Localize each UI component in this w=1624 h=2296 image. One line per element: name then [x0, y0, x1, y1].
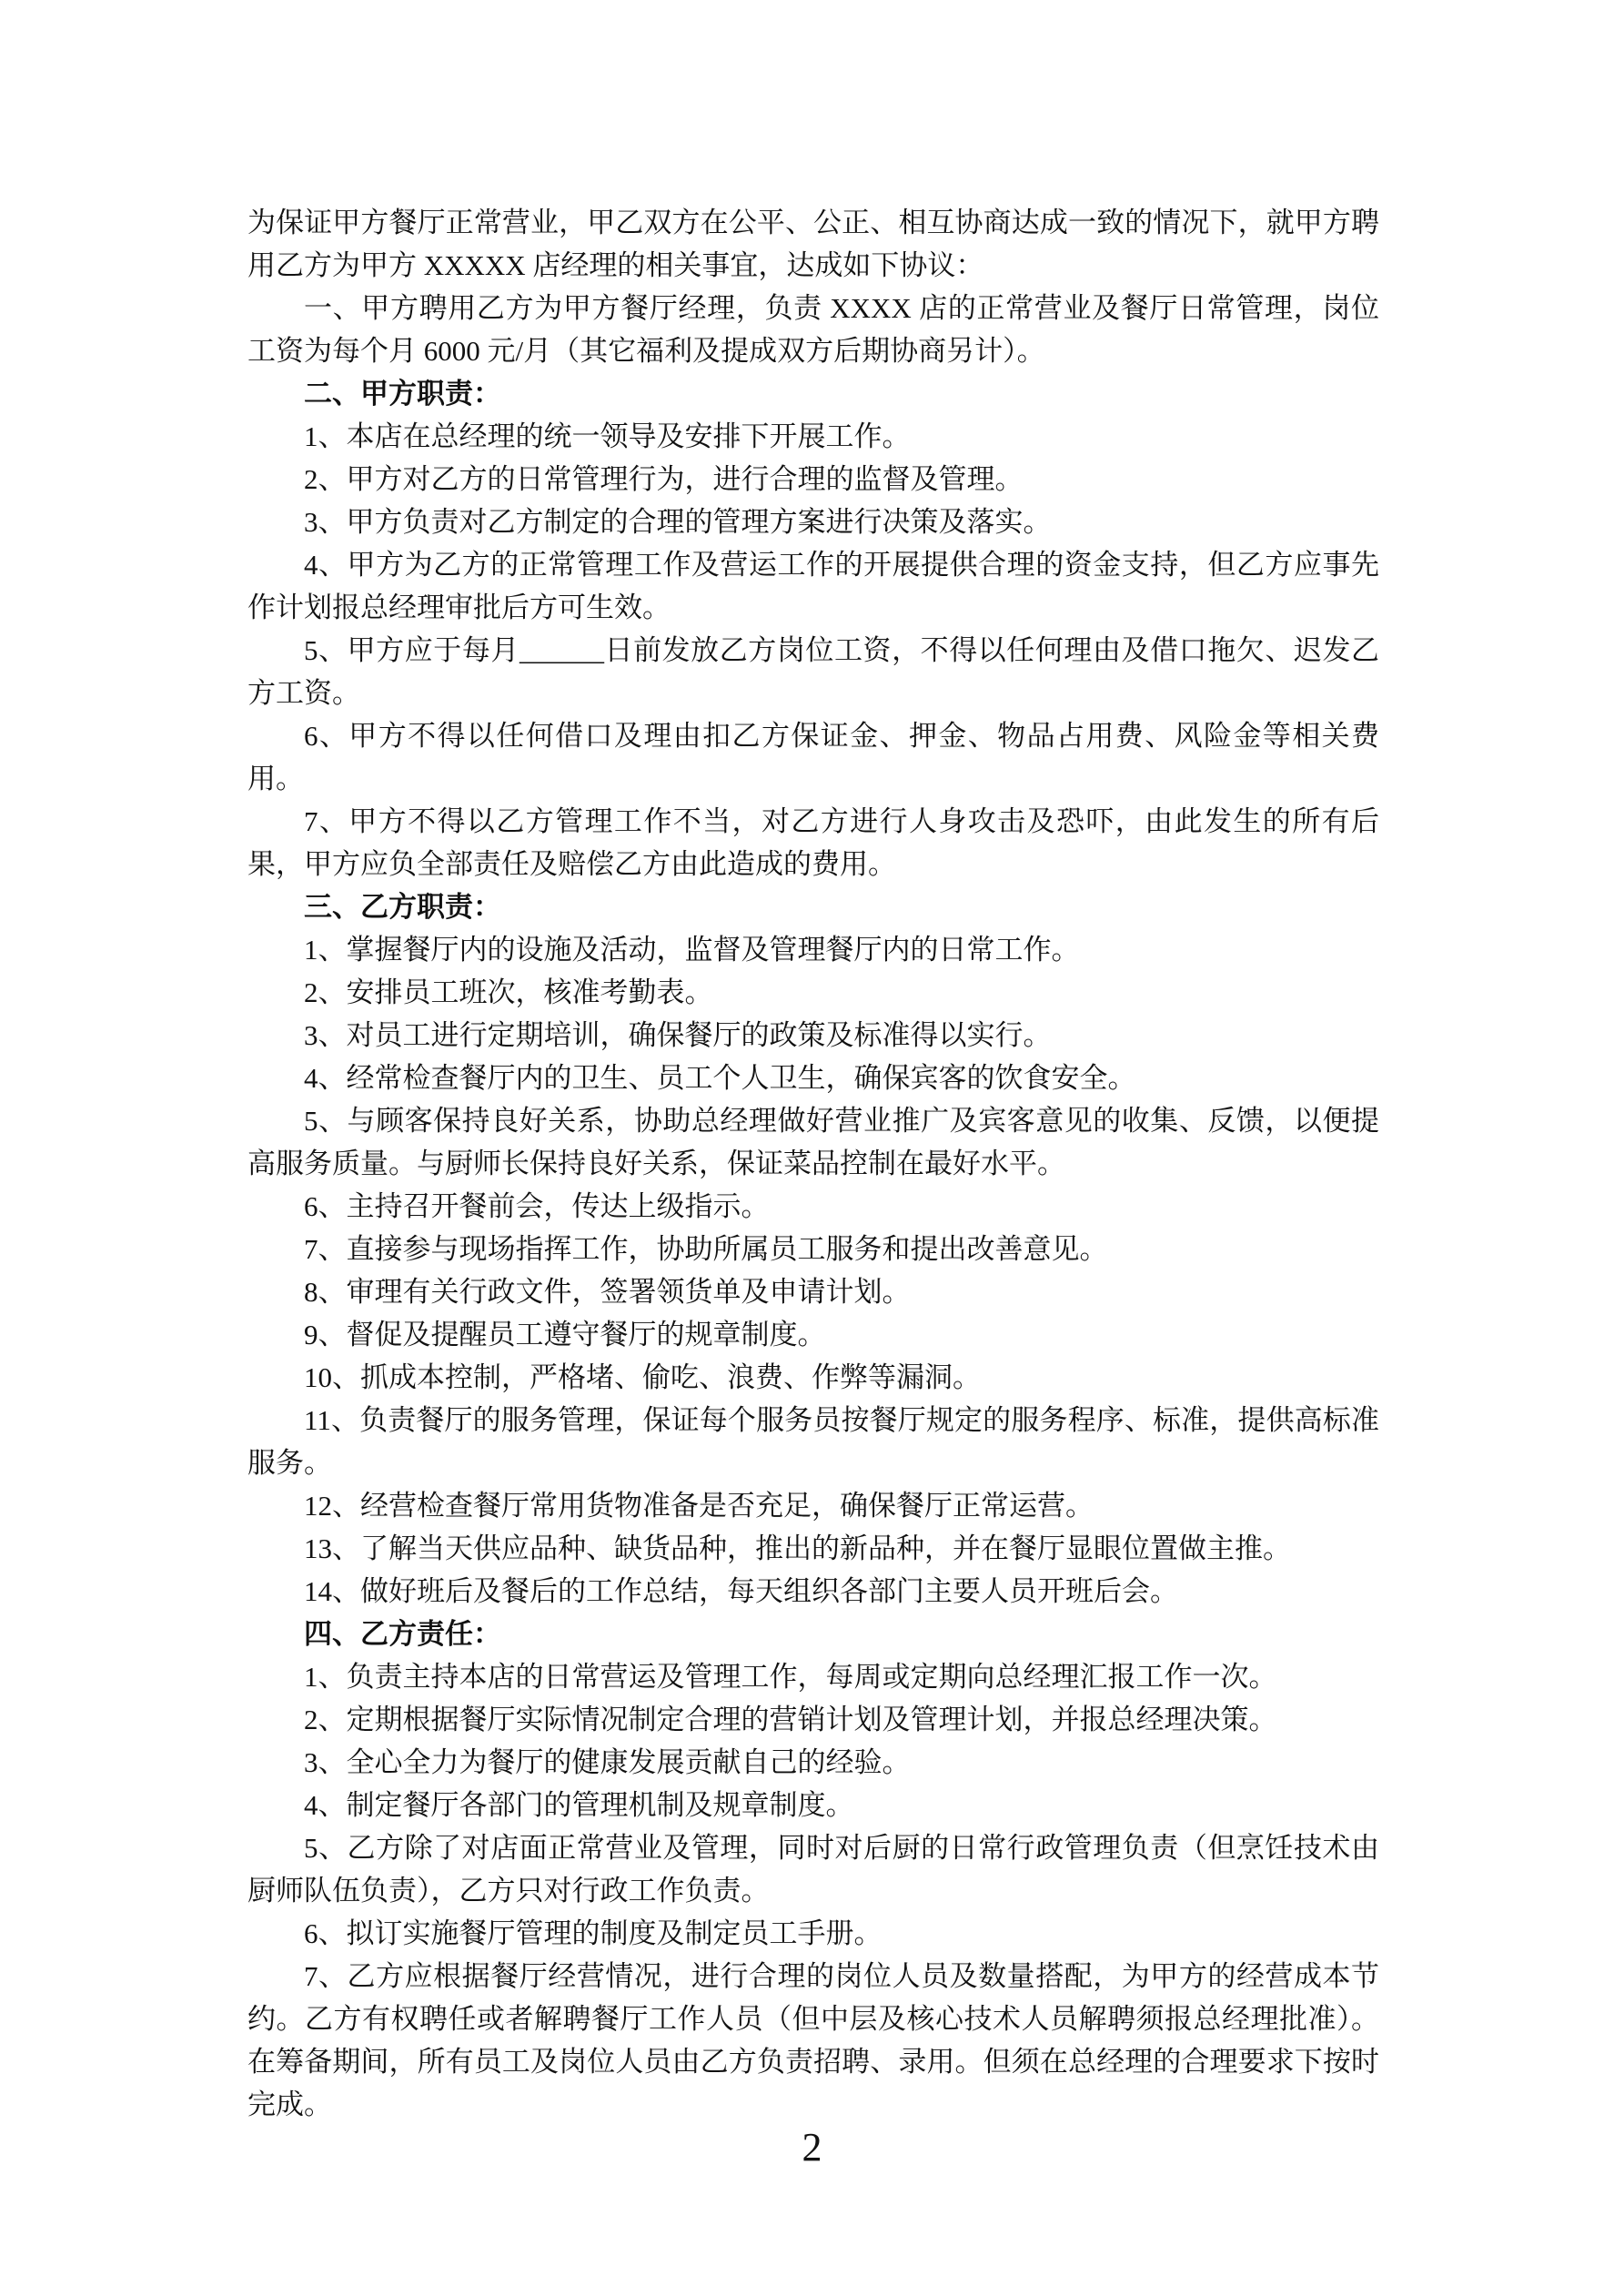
- section-3-item-1: 1、掌握餐厅内的设施及活动，监督及管理餐厅内的日常工作。: [247, 928, 1379, 971]
- section-4-item-3: 3、全心全力为餐厅的健康发展贡献自己的经验。: [247, 1741, 1379, 1784]
- section-4-item-1: 1、负责主持本店的日常营运及管理工作，每周或定期向总经理汇报工作一次。: [247, 1655, 1379, 1698]
- section-2-item-1: 1、本店在总经理的统一领导及安排下开展工作。: [247, 415, 1379, 458]
- section-4-item-7: 7、乙方应根据餐厅经营情况，进行合理的岗位人员及数量搭配，为甲方的经营成本节约。…: [247, 1955, 1379, 2126]
- section-3-item-5: 5、与顾客保持良好关系，协助总经理做好营业推广及宾客意见的收集、反馈，以便提高服…: [247, 1099, 1379, 1185]
- section-3-item-2: 2、安排员工班次，核准考勤表。: [247, 971, 1379, 1014]
- section-2-item-5: 5、甲方应于每月______日前发放乙方岗位工资，不得以任何理由及借口拖欠、迟发…: [247, 629, 1379, 714]
- section-2-item-7: 7、甲方不得以乙方管理工作不当，对乙方进行人身攻击及恐吓，由此发生的所有后果，甲…: [247, 800, 1379, 885]
- section-2-item-2: 2、甲方对乙方的日常管理行为，进行合理的监督及管理。: [247, 458, 1379, 501]
- section-3-item-8: 8、审理有关行政文件，签署领货单及申请计划。: [247, 1270, 1379, 1313]
- section-3-item-6: 6、主持召开餐前会，传达上级指示。: [247, 1185, 1379, 1228]
- section-3-item-3: 3、对员工进行定期培训，确保餐厅的政策及标准得以实行。: [247, 1014, 1379, 1057]
- section-4-item-2: 2、定期根据餐厅实际情况制定合理的营销计划及管理计划，并报总经理决策。: [247, 1698, 1379, 1741]
- section-3-item-9: 9、督促及提醒员工遵守餐厅的规章制度。: [247, 1313, 1379, 1356]
- section-2-item-4: 4、甲方为乙方的正常管理工作及营运工作的开展提供合理的资金支持，但乙方应事先作计…: [247, 543, 1379, 629]
- section-3-item-11: 11、负责餐厅的服务管理，保证每个服务员按餐厅规定的服务程序、标准，提供高标准服…: [247, 1399, 1379, 1484]
- section-3-heading: 三、乙方职责：: [247, 885, 1379, 928]
- document-page: 为保证甲方餐厅正常营业，甲乙双方在公平、公正、相互协商达成一致的情况下，就甲方聘…: [0, 0, 1624, 2296]
- section-1-clause: 一、甲方聘用乙方为甲方餐厅经理，负责 XXXX 店的正常营业及餐厅日常管理，岗位…: [247, 287, 1379, 372]
- section-4-item-6: 6、拟订实施餐厅管理的制度及制定员工手册。: [247, 1912, 1379, 1955]
- section-4-item-4: 4、制定餐厅各部门的管理机制及规章制度。: [247, 1784, 1379, 1826]
- section-3-item-12: 12、经营检查餐厅常用货物准备是否充足，确保餐厅正常运营。: [247, 1484, 1379, 1527]
- section-2-heading: 二、甲方职责：: [247, 372, 1379, 415]
- page-number: 2: [0, 2120, 1624, 2175]
- section-3-item-4: 4、经常检查餐厅内的卫生、员工个人卫生，确保宾客的饮食安全。: [247, 1057, 1379, 1099]
- section-3-item-13: 13、了解当天供应品种、缺货品种，推出的新品种，并在餐厅显眼位置做主推。: [247, 1527, 1379, 1570]
- section-3-item-10: 10、抓成本控制，严格堵、偷吃、浪费、作弊等漏洞。: [247, 1356, 1379, 1399]
- section-4-heading: 四、乙方责任：: [247, 1613, 1379, 1655]
- section-2-item-6: 6、甲方不得以任何借口及理由扣乙方保证金、押金、物品占用费、风险金等相关费用。: [247, 714, 1379, 800]
- section-2-item-3: 3、甲方负责对乙方制定的合理的管理方案进行决策及落实。: [247, 501, 1379, 543]
- section-3-item-14: 14、做好班后及餐后的工作总结，每天组织各部门主要人员开班后会。: [247, 1570, 1379, 1613]
- document-body: 为保证甲方餐厅正常营业，甲乙双方在公平、公正、相互协商达成一致的情况下，就甲方聘…: [247, 201, 1379, 2126]
- section-3-item-7: 7、直接参与现场指挥工作，协助所属员工服务和提出改善意见。: [247, 1228, 1379, 1270]
- intro-paragraph: 为保证甲方餐厅正常营业，甲乙双方在公平、公正、相互协商达成一致的情况下，就甲方聘…: [247, 201, 1379, 287]
- section-4-item-5: 5、乙方除了对店面正常营业及管理，同时对后厨的日常行政管理负责（但烹饪技术由厨师…: [247, 1826, 1379, 1912]
